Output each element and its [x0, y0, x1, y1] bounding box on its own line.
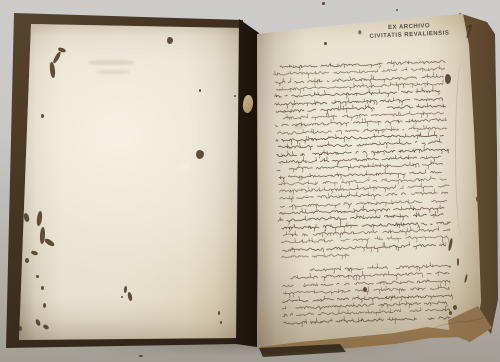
background-speck	[322, 2, 325, 5]
background-speck	[139, 355, 143, 357]
manuscript-line	[281, 249, 350, 263]
stamp-ornament-mark	[358, 30, 361, 34]
manuscript-photo-scene: EX ARCHIVO CIVITATIS REVALIENSIS	[0, 0, 500, 362]
background-speck	[396, 9, 398, 11]
manuscript-text-block	[273, 52, 454, 324]
page-curl-crease	[455, 60, 470, 240]
